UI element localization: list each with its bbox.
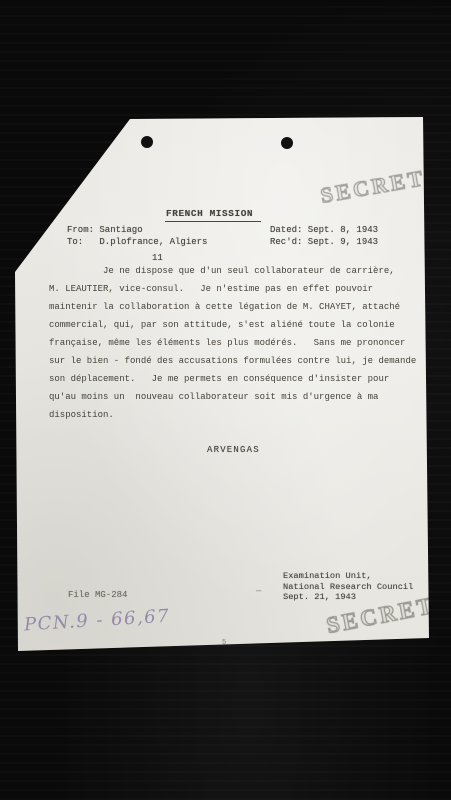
secret-stamp-top: SECRET bbox=[319, 165, 428, 209]
body-line: son déplacement. Je me permets en conséq… bbox=[49, 374, 389, 392]
punch-hole-right bbox=[281, 137, 293, 149]
exam-unit-line2: National Research Council bbox=[283, 582, 413, 593]
message-number: 11 bbox=[152, 253, 163, 265]
body-line: française, même les éléments les plus mo… bbox=[49, 338, 405, 356]
exam-unit-line1: Examination Unit, bbox=[283, 571, 372, 582]
received-line: Rec'd: Sept. 9, 1943 bbox=[270, 237, 378, 249]
body-line: disposition. bbox=[49, 410, 114, 428]
signature: ARVENGAS bbox=[207, 445, 260, 457]
stray-mark: 5 bbox=[222, 638, 226, 650]
scan-background: SECRET FRENCH MISSION From: Santiago To:… bbox=[0, 0, 451, 800]
body-line: commercial, qui, par son attitude, s'est… bbox=[49, 320, 395, 338]
body-line: maintenir la collaboration à cette légat… bbox=[49, 302, 400, 320]
body-line: sur le bien - fondé des accusations form… bbox=[49, 356, 416, 374]
punch-hole-left bbox=[141, 136, 153, 148]
body-paragraph: Je ne dispose que d'un seul collaborateu… bbox=[49, 266, 429, 446]
file-number: File MG-284 bbox=[68, 590, 127, 602]
handwritten-note: PCN.9 - 66,67 bbox=[23, 606, 170, 636]
document-title: FRENCH MISSION bbox=[165, 208, 261, 222]
to-line: To: D.plofrance, Algiers bbox=[67, 237, 207, 249]
exam-unit-line3: Sept. 21, 1943 bbox=[283, 592, 356, 603]
document-page: SECRET FRENCH MISSION From: Santiago To:… bbox=[14, 116, 430, 652]
from-line: From: Santiago bbox=[67, 225, 143, 237]
dash-mark: — bbox=[256, 586, 261, 598]
body-line: qu'au moins un nouveau collaborateur soi… bbox=[49, 392, 378, 410]
dated-line: Dated: Sept. 8, 1943 bbox=[270, 225, 378, 237]
body-line: Je ne dispose que d'un seul collaborateu… bbox=[49, 266, 395, 284]
body-line: M. LEAUTIER, vice-consul. Je n'estime pa… bbox=[49, 284, 373, 302]
